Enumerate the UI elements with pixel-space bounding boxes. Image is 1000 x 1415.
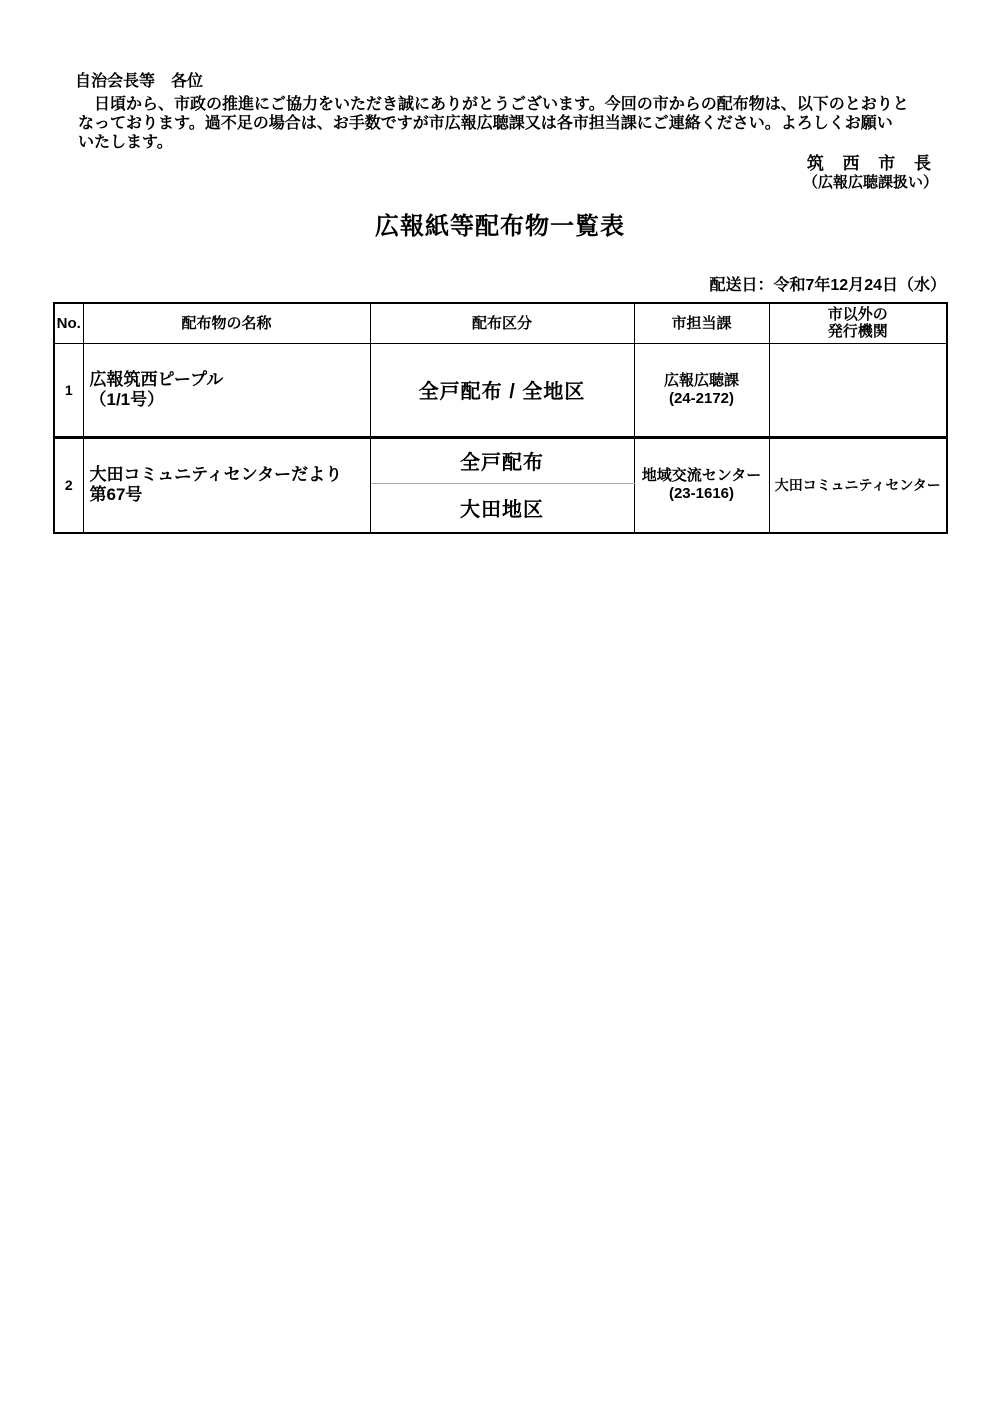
row1-item-name-line2: （1/1号） (90, 390, 370, 410)
signature-block: 筑 西 市 長 （広報広聴課扱い） (0, 154, 1000, 192)
col-header-issuer-line1: 市以外の (770, 306, 947, 323)
row2-department-tel: (23-1616) (635, 485, 769, 503)
delivery-date: 配送日：令和7年12月24日（水） (53, 276, 946, 295)
col-header-issuer: 市以外の 発行機関 (769, 303, 947, 343)
col-header-category: 配布区分 (370, 303, 634, 343)
row1-no: 1 (54, 343, 83, 437)
row2-item-name-line2: 第67号 (90, 485, 370, 505)
greeting-line: 自治会長等 各位 (75, 72, 1000, 92)
row2-distribution-category-top: 全戸配布 (370, 437, 634, 483)
table-header-row: No. 配布物の名称 配布区分 市担当課 市以外の 発行機関 (54, 303, 947, 343)
row2-distribution-category-bottom: 大田地区 (370, 483, 634, 533)
distribution-table: No. 配布物の名称 配布区分 市担当課 市以外の 発行機関 1 広報筑西ピープ… (53, 302, 948, 534)
col-header-department: 市担当課 (634, 303, 769, 343)
row2-item-name-line1: 大田コミュニティセンターだより (90, 465, 370, 485)
row2-department: 地域交流センター (23-1616) (634, 437, 769, 533)
intro-line-2: なっております。過不足の場合は、お手数ですが市広報広聴課又は各市担当課にご連絡く… (78, 114, 944, 133)
table-row-1: 1 広報筑西ピープル （1/1号） 全戸配布 / 全地区 広報広聴課 (24-2… (54, 343, 947, 437)
intro-line-1: 日頃から、市政の推進にご協力をいただき誠にありがとうございます。今回の市からの配… (78, 95, 944, 114)
row1-item-name: 広報筑西ピープル （1/1号） (83, 343, 370, 437)
col-header-issuer-line2: 発行機関 (770, 323, 947, 340)
row1-item-name-line1: 広報筑西ピープル (90, 370, 370, 390)
row2-department-name: 地域交流センター (635, 467, 769, 485)
row2-external-issuer: 大田コミュニティセンター (769, 437, 947, 533)
mayor-signature: 筑 西 市 長 (0, 154, 938, 174)
row1-department-name: 広報広聴課 (635, 372, 769, 390)
table-row-2: 2 大田コミュニティセンターだより 第67号 全戸配布 地域交流センター (23… (54, 437, 947, 483)
row1-external-issuer (769, 343, 947, 437)
signature-note: （広報広聴課扱い） (0, 174, 938, 192)
intro-line-3: いたします。 (78, 133, 944, 152)
page-title: 広報紙等配布物一覧表 (0, 213, 1000, 241)
row1-department-tel: (24-2172) (635, 390, 769, 408)
col-header-no: No. (54, 303, 83, 343)
document-page: 自治会長等 各位 日頃から、市政の推進にご協力をいただき誠にありがとうございます… (0, 0, 1000, 1415)
row1-department: 広報広聴課 (24-2172) (634, 343, 769, 437)
intro-paragraph: 日頃から、市政の推進にご協力をいただき誠にありがとうございます。今回の市からの配… (78, 95, 944, 152)
col-header-name: 配布物の名称 (83, 303, 370, 343)
row2-item-name: 大田コミュニティセンターだより 第67号 (83, 437, 370, 533)
row2-no: 2 (54, 437, 83, 533)
row1-distribution-category: 全戸配布 / 全地区 (370, 343, 634, 437)
